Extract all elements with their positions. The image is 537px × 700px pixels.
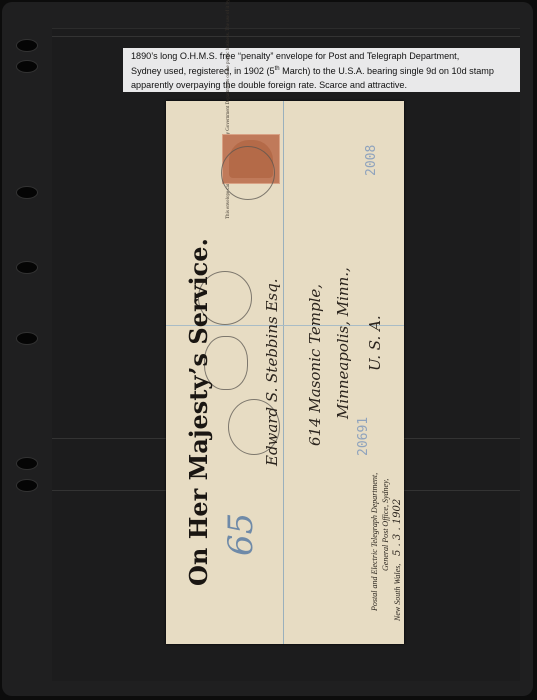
binder-hole	[16, 186, 38, 199]
caption-text: March) to the U.S.A. bearing single 9d o…	[280, 66, 494, 76]
address-line-1: 614 Masonic Temple,	[306, 284, 324, 446]
binder-hole	[16, 332, 38, 345]
binder-hole	[16, 479, 38, 492]
caption-line: apparently overpaying the double foreign…	[131, 79, 520, 92]
binder-hole	[16, 39, 38, 52]
registration-number-bottom: 20691	[356, 417, 371, 456]
binder-hole	[16, 261, 38, 274]
ohms-envelope: This envelope can only be lawfully used …	[166, 101, 404, 644]
blue-pencil-mark: 65	[221, 513, 261, 556]
binder-hole	[16, 60, 38, 73]
posting-date: 5 . 3 . 1902	[392, 499, 403, 556]
address-line-3: U. S. A.	[366, 315, 384, 371]
caption-text: Sydney used, registered, in 1902 (5	[131, 66, 275, 76]
mount-strip	[52, 36, 520, 37]
registration-line	[283, 101, 284, 644]
registration-number-top: 2008	[364, 145, 379, 176]
address-line-2: Minneapolis, Minn.,	[334, 267, 352, 419]
description-caption: 1890’s long O.H.M.S. free “penalty” enve…	[123, 48, 520, 92]
addressee: Edward S. Stebbins Esq.	[263, 279, 281, 466]
ohms-heading: On Her Majesty’s Service.	[184, 238, 213, 586]
sender-line-1: Postal and Electric Telegraph Department…	[370, 473, 379, 611]
binder-hole	[16, 457, 38, 470]
postmark-sydney	[221, 146, 275, 200]
caption-line: 1890’s long O.H.M.S. free “penalty” enve…	[131, 50, 520, 63]
sender-line-3: New South Wales,	[393, 564, 402, 621]
sender-line-2: General Post Office, Sydney,	[381, 479, 390, 571]
caption-line: Sydney used, registered, in 1902 (5th Ma…	[131, 63, 520, 78]
